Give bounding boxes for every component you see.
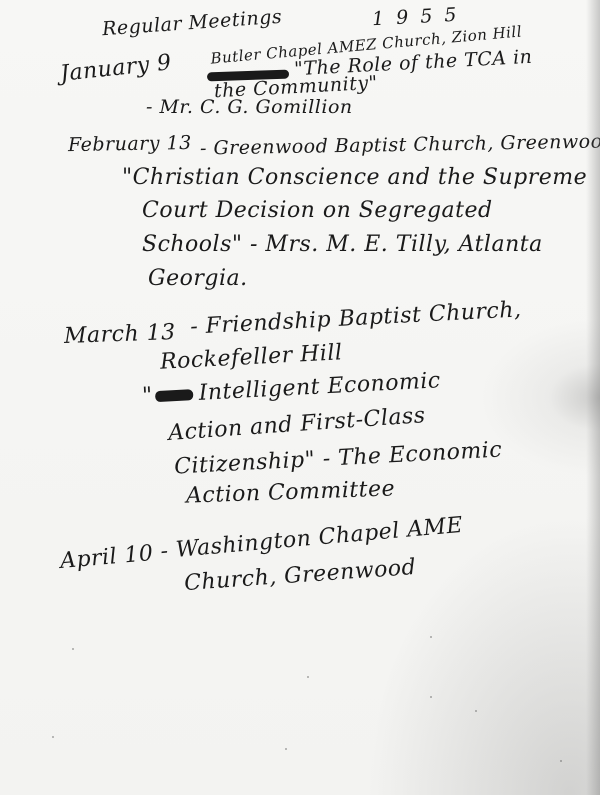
february-date: February 13 [68, 132, 192, 156]
february-topic-line-2: Court Decision on Segregated [142, 198, 493, 223]
march-topic-line-2: Action and First-Class [167, 403, 426, 446]
paper-speck [52, 736, 54, 738]
paper-speck [285, 748, 287, 750]
february-topic-line-4: Georgia. [148, 266, 248, 291]
heading-title: Regular Meetings [101, 6, 282, 41]
march-location-line-1: - Friendship Baptist Church, [190, 297, 522, 339]
paper-speck [430, 636, 432, 638]
february-topic-line-1: "Christian Conscience and the Supreme [122, 165, 587, 190]
march-crossed-out-text [155, 389, 194, 402]
january-speaker: - Mr. C. G. Gomillion [146, 96, 353, 118]
march-topic-line-1: "Intelligent Economic [142, 368, 442, 409]
heading-year: 1 9 5 5 [371, 4, 460, 31]
paper-speck [307, 676, 309, 678]
document-heading: Regular Meetings [101, 6, 282, 41]
april-location-line-1: - Washington Chapel AME [159, 513, 463, 564]
january-date: January 9 [59, 50, 173, 87]
april-date: April 10 [59, 541, 154, 574]
february-topic-line-3: Schools" - Mrs. M. E. Tilly, Atlanta [142, 232, 543, 257]
april-location-line-2: Church, Greenwood [183, 555, 417, 596]
february-location: - Greenwood Baptist Church, Greenwoo [200, 130, 600, 159]
paper-speck [560, 760, 562, 762]
paper-speck [475, 710, 477, 712]
march-topic-line-3: Citizenship" - The Economic [174, 437, 503, 479]
paper-speck [72, 648, 74, 650]
march-topic-text-1: Intelligent Economic [198, 368, 441, 406]
scanned-document-page: Regular Meetings 1 9 5 5 Butler Chapel A… [0, 0, 600, 795]
march-topic-line-4: Action Committee [186, 476, 396, 508]
paper-speck [430, 696, 432, 698]
march-date: March 13 [64, 320, 176, 349]
march-location-line-2: Rockefeller Hill [159, 340, 343, 375]
